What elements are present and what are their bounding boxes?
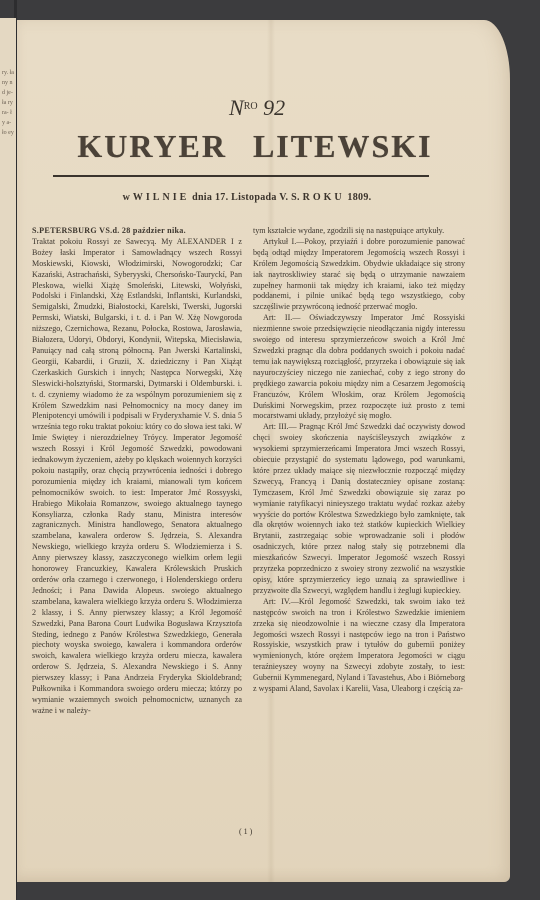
article-paragraph: Art: III.— Pragnąc Król Jmć Szwedzki dać… [253,422,465,597]
newspaper-title: KURYER LITEWSKI [45,128,465,165]
left-column: S.PETERSBURG VS.d. 28 paździer nika. Tra… [32,226,242,717]
dateline: w WILNIE dnia 17. Listopada V. S. ROKU 1… [17,192,477,203]
dateline-year: 1809. [347,192,371,203]
dateline-date: dnia 17. Listopada V. S. [192,192,300,203]
article-paragraph: Art: II.— Oświadczywszy Imperator Jmć Ro… [253,313,465,422]
article-paragraph: Artykuł I.—Pokoy, przyiaźń i dobre poroz… [253,237,465,313]
article-paragraph: Art: IV.—Król Jegomość Szwedzki, tak swo… [253,597,465,695]
dateline-city: WILNIE [133,192,189,203]
issue-value: 92 [263,95,285,120]
adjacent-page-text: ry. ła ny nd je- ła ry ra- ły a- ło ey [2,68,14,488]
article-heading: S.PETERSBURG VS.d. 28 paździer nika. [32,226,242,237]
dateline-prefix: w [123,192,131,203]
issue-suffix: RO [244,101,258,112]
right-column: tym kształcie wydane, zgodzili się na na… [253,226,465,695]
page-number: ( 1 ) [239,827,252,836]
adjacent-page-strip: ry. ła ny nd je- ła ry ra- ły a- ło ey [0,18,16,900]
newspaper-page: NRO 92 KURYER LITEWSKI w WILNIE dnia 17.… [17,20,510,882]
article-paragraph: tym kształcie wydane, zgodzili się na na… [253,226,465,237]
issue-prefix: N [229,95,244,120]
issue-number: NRO 92 [229,95,285,121]
masthead-rule [53,175,429,177]
article-paragraph: Traktat pokoiu Rossyi ze Sawecyą. My ALE… [32,237,242,717]
dateline-year-label: ROKU [303,192,345,203]
